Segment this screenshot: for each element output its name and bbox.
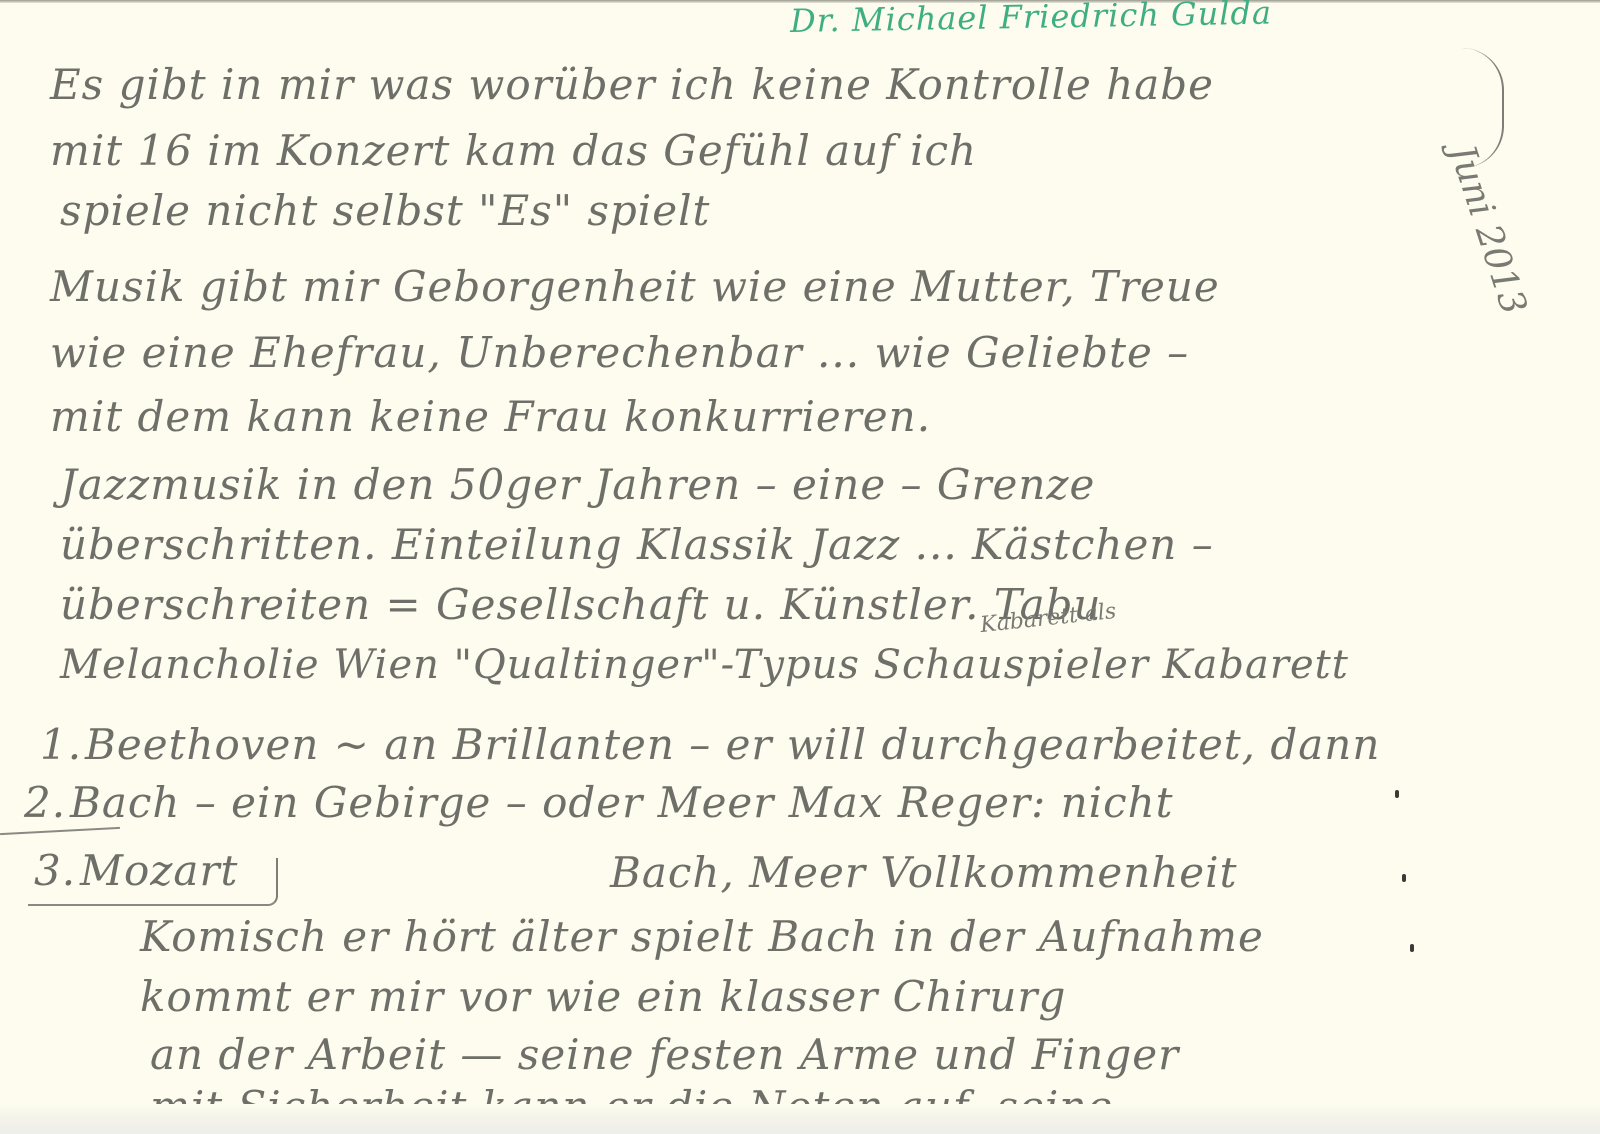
scanned-handwritten-note: Dr. Michael Friedrich Gulda Juni 2013 Es… bbox=[0, 0, 1600, 1134]
note-line-6: mit dem kann keine Frau konkurrieren. bbox=[50, 392, 931, 441]
note-line-4: Musik gibt mir Geborgenheit wie eine Mut… bbox=[50, 262, 1220, 311]
note-line-10: Melancholie Wien "Qualtinger"-Typus Scha… bbox=[60, 642, 1349, 688]
green-ink-annotation: Dr. Michael Friedrich Gulda bbox=[790, 0, 1273, 40]
note-line-7: Jazzmusik in den 50ger Jahren – eine – G… bbox=[60, 460, 1095, 509]
closing-line-1: Komisch er hört älter spielt Bach in der… bbox=[140, 912, 1264, 961]
list-number: 2. bbox=[24, 778, 66, 827]
list-text: Mozart bbox=[80, 846, 238, 895]
pencil-underline bbox=[0, 827, 120, 835]
pencil-mark bbox=[1410, 944, 1414, 952]
note-line-3: spiele nicht selbst "Es" spielt bbox=[60, 186, 710, 235]
paper-bottom-edge bbox=[0, 1104, 1600, 1134]
pencil-mark bbox=[1402, 874, 1406, 882]
closing-line-3: an der Arbeit — seine festen Arme und Fi… bbox=[150, 1030, 1179, 1079]
note-line-2: mit 16 im Konzert kam das Gefühl auf ich bbox=[50, 126, 977, 175]
list-number: 3. bbox=[34, 846, 76, 895]
pencil-mark bbox=[1395, 790, 1399, 798]
list-continuation: Bach, Meer Vollkommenheit bbox=[610, 848, 1237, 897]
list-number: 1. bbox=[40, 720, 82, 769]
note-line-8: überschritten. Einteilung Klassik Jazz .… bbox=[60, 520, 1214, 569]
margin-date: Juni 2013 bbox=[1441, 140, 1534, 319]
list-text: Bach – ein Gebirge – oder Meer Max Reger… bbox=[70, 778, 1174, 827]
note-line-5: wie eine Ehefrau, Unberechenbar ... wie … bbox=[50, 328, 1189, 377]
closing-line-2: kommt er mir vor wie ein klasser Chirurg bbox=[140, 972, 1066, 1021]
note-line-1: Es gibt in mir was worüber ich keine Kon… bbox=[50, 60, 1214, 109]
list-text: Beethoven ~ an Brillanten – er will durc… bbox=[85, 720, 1380, 769]
note-line-9: überschreiten = Gesellschaft u. Künstler… bbox=[60, 580, 1102, 629]
